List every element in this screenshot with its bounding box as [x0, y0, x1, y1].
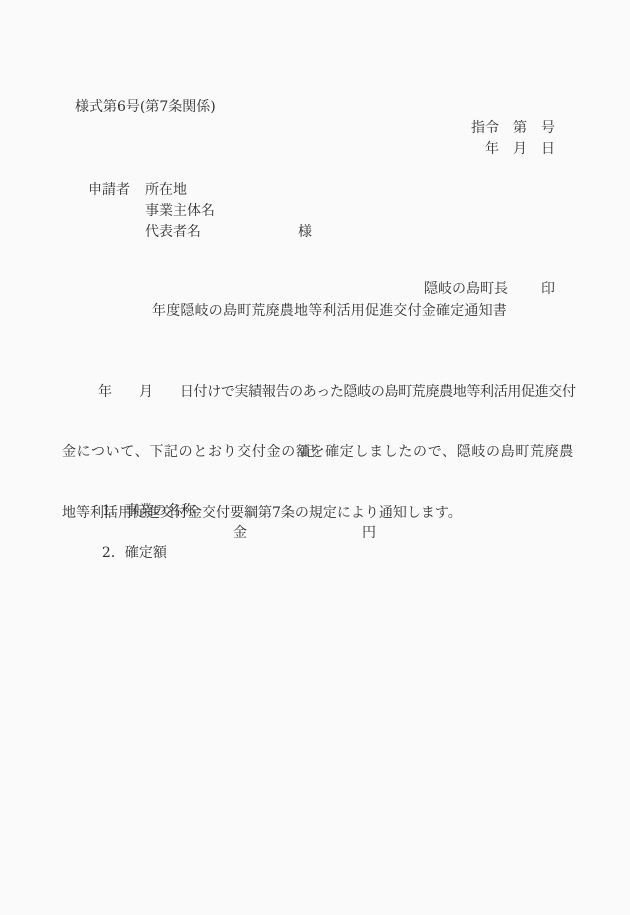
item-2-label: 確定額	[125, 545, 167, 561]
item-2-number: 2．	[102, 545, 125, 561]
seal-mark: 印	[541, 281, 555, 297]
record-marker: 記	[301, 442, 315, 462]
issuer-line: 隠岐の島町長印	[415, 259, 555, 300]
item-1-label: 事業の名称	[125, 503, 195, 519]
honorific-sama: 様	[298, 222, 312, 242]
amount-prefix: 金	[233, 523, 247, 543]
applicant-label: 申請者	[88, 180, 130, 200]
item-1-number: 1．	[102, 503, 125, 519]
directive-number-line: 指令 第 号	[471, 118, 555, 138]
body-line: 金について、下記のとおり交付金の額を確定しましたので、隠岐の島町荒廃農	[62, 442, 578, 462]
item-2: 2．確定額	[93, 523, 167, 564]
document-page: { "page": { "background": "#fafafa", "in…	[0, 0, 630, 915]
document-title: 年度隠岐の島町荒廃農地等利活用促進交付金確定通知書	[152, 301, 507, 321]
issue-date-line: 年 月 日	[485, 139, 555, 159]
item-1: 1．事業の名称	[93, 481, 195, 522]
applicant-entity-field: 事業主体名	[145, 201, 215, 221]
applicant-representative-field: 代表者名	[145, 222, 201, 242]
form-number: 様式第6号(第7条関係)	[75, 97, 216, 117]
amount-suffix: 円	[362, 523, 376, 543]
applicant-address-field: 所在地	[145, 180, 187, 200]
body-line: 年 月 日付けで実績報告のあった隠岐の島町荒廃農地等利活用促進交付	[62, 382, 578, 402]
issuer-name: 隠岐の島町長	[424, 281, 508, 297]
